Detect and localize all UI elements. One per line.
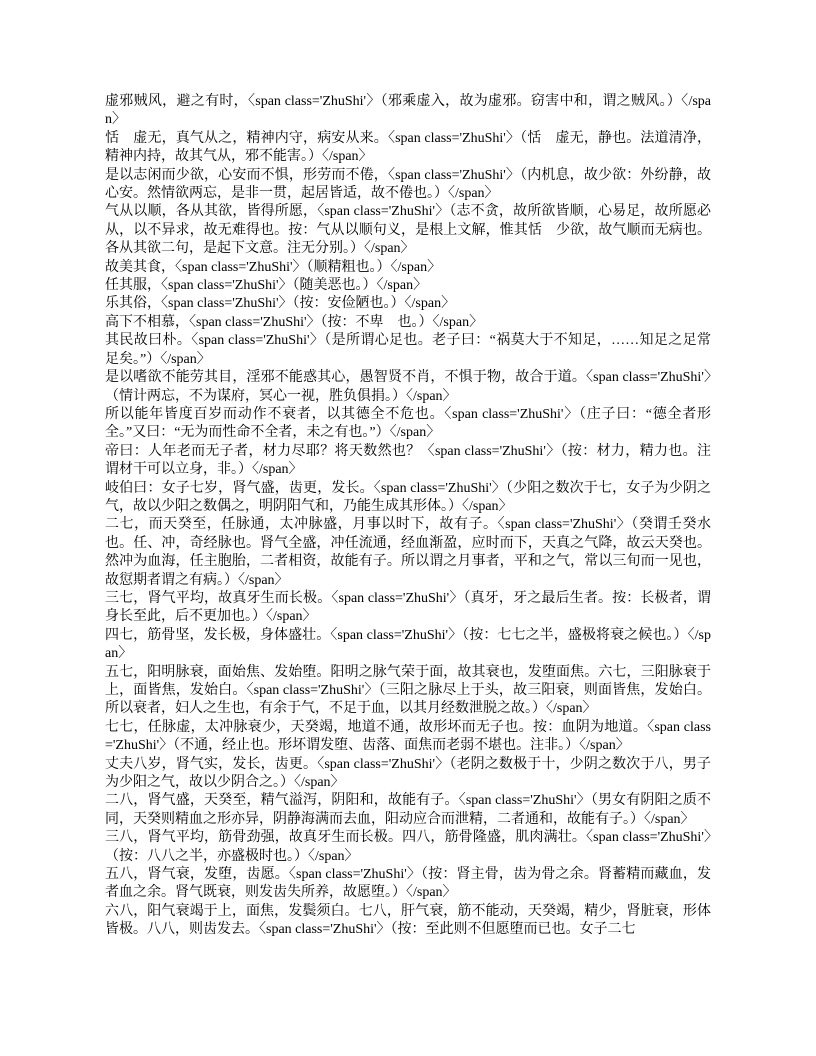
paragraph: 七七，任脉虚，太冲脉衰少，天癸竭，地道不通，故形坏而无子也。按：血阴为地道。〈s… xyxy=(105,719,711,756)
paragraph: 帝曰：人年老而无子者，材力尽耶？将天数然也？〈span class='ZhuSh… xyxy=(105,443,711,480)
paragraph: 虚邪贼风，避之有时，〈span class='ZhuShi'〉（邪乘虚入，故为虚… xyxy=(105,93,711,130)
document-page: 虚邪贼风，避之有时，〈span class='ZhuShi'〉（邪乘虚入，故为虚… xyxy=(0,0,816,1056)
paragraph: 任其服，〈span class='ZhuShi'〉（随美恶也。）〈/span〉 xyxy=(105,277,711,295)
paragraph: 气从以顺，各从其欲，皆得所愿，〈span class='ZhuShi'〉（志不贪… xyxy=(105,203,711,258)
paragraph: 是以志闲而少欲，心安而不惧，形劳而不倦，〈span class='ZhuShi'… xyxy=(105,167,711,204)
paragraph: 其民故曰朴。〈span class='ZhuShi'〉（是所谓心足也。老子曰：“… xyxy=(105,332,711,369)
paragraph: 二七，而天癸至，任脉通，太冲脉盛，月事以时下，故有子。〈span class='… xyxy=(105,516,711,590)
paragraph: 故美其食，〈span class='ZhuShi'〉（顺精粗也。）〈/span〉 xyxy=(105,259,711,277)
paragraph: 五八，肾气衰，发堕，齿愿。〈span class='ZhuShi'〉（按：肾主骨… xyxy=(105,866,711,903)
paragraph: 六八，阳气衰竭于上，面焦，发鬓须白。七八，肝气衰，筋不能动，天癸竭，精少，肾脏衰… xyxy=(105,903,711,940)
paragraph: 恬 虚无，真气从之，精神内守，病安从来。〈span class='ZhuShi'… xyxy=(105,130,711,167)
document-text: 虚邪贼风，避之有时，〈span class='ZhuShi'〉（邪乘虚入，故为虚… xyxy=(105,93,711,940)
paragraph: 是以嗜欲不能劳其目，淫邪不能惑其心，愚智贤不肖，不惧于物，故合于道。〈span … xyxy=(105,369,711,406)
paragraph: 乐其俗，〈span class='ZhuShi'〉（按：安俭陋也。）〈/span… xyxy=(105,295,711,313)
paragraph: 三八，肾气平均，筋骨劲强，故真牙生而长极。四八，筋骨隆盛，肌肉满壮。〈span … xyxy=(105,829,711,866)
paragraph: 高下不相慕，〈span class='ZhuShi'〉（按：不卑 也。）〈/sp… xyxy=(105,314,711,332)
paragraph: 所以能年皆度百岁而动作不衰者，以其德全不危也。〈span class='ZhuS… xyxy=(105,406,711,443)
paragraph: 丈夫八岁，肾气实，发长，齿更。〈span class='ZhuShi'〉（老阴之… xyxy=(105,756,711,793)
paragraph: 岐伯曰：女子七岁，肾气盛，齿更，发长。〈span class='ZhuShi'〉… xyxy=(105,480,711,517)
paragraph: 五七，阳明脉衰，面始焦、发始堕。阳明之脉气荣于面，故其衰也，发堕面焦。六七，三阳… xyxy=(105,664,711,719)
paragraph: 二八，肾气盛，天癸至，精气溢泻，阴阳和，故能有子。〈span class='Zh… xyxy=(105,792,711,829)
paragraph: 四七，筋骨坚，发长极，身体盛壮。〈span class='ZhuShi'〉（按：… xyxy=(105,627,711,664)
paragraph: 三七，肾气平均，故真牙生而长极。〈span class='ZhuShi'〉（真牙… xyxy=(105,590,711,627)
